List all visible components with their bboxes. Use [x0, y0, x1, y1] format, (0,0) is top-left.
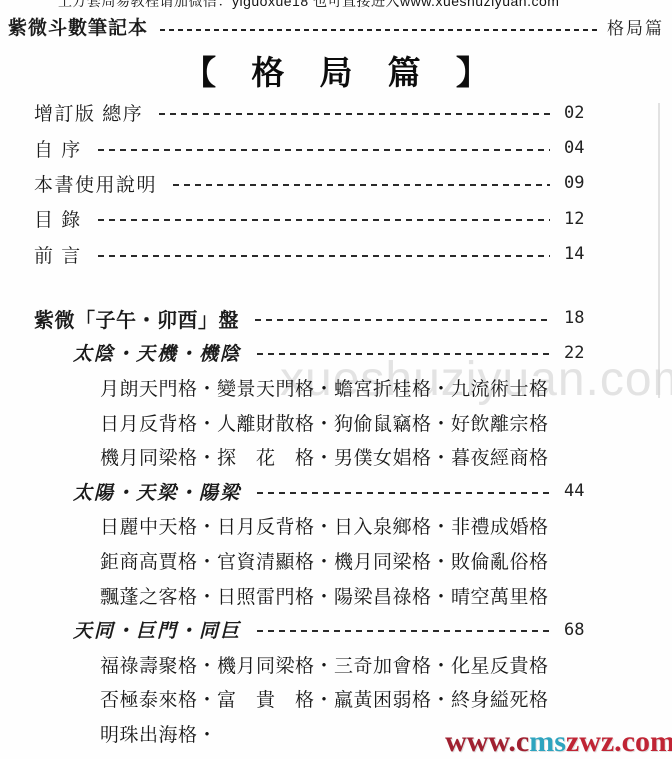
toc-entry-label: 前 言 [34, 241, 82, 268]
toc-section-title: 太陰・天機・機陰 [73, 339, 241, 366]
dash-leader [98, 219, 550, 221]
toc-item-text: 否極泰來格・富 貴 格・羸黃困弱格・終身縊死格 [100, 685, 549, 712]
dash-leader [257, 492, 550, 494]
toc-section-title: 天同・巨門・同巨 [73, 616, 241, 643]
toc-page-number: 12 [564, 209, 592, 229]
toc-page-number: 22 [564, 343, 592, 363]
toc-item-text: 月朗天門格・變景天門格・蟾宮折桂格・九流術士格 [100, 374, 549, 401]
main-toc: 紫微「子午・卯酉」盤 18 太陰・天機・機陰 22 月朗天門格・變景天門格・蟾宮… [34, 301, 592, 751]
page-edge-line [658, 103, 660, 398]
toc-entry: 本書使用說明 09 [34, 166, 592, 201]
running-header: 紫微斗數筆記本 格局篇 [8, 13, 664, 40]
toc-item-row: 鉅商高賈格・官資清顯格・機月同梁格・敗倫亂俗格 [34, 543, 592, 578]
toc-item-row: 否極泰來格・富 貴 格・羸黃困弱格・終身縊死格 [34, 682, 592, 717]
toc-entry-label: 本書使用說明 [34, 170, 157, 197]
toc-section-entry: 太陽・天梁・陽梁 44 [34, 474, 592, 509]
book-title: 紫微斗數筆記本 [8, 13, 148, 40]
toc-item-text: 日麗中天格・日月反背格・日入泉鄉格・非禮成婚格 [100, 512, 549, 539]
dash-leader [257, 630, 550, 632]
header-chapter-label: 格局篇 [607, 14, 664, 39]
toc-item-row: 飄蓬之客格・日照雷門格・陽梁昌祿格・晴空萬里格 [34, 578, 592, 613]
toc-page-number: 44 [564, 481, 592, 501]
header-dash-leader [160, 29, 597, 31]
toc-page-number: 02 [564, 103, 592, 123]
toc-page-number: 09 [564, 173, 592, 193]
page-title: 【 格 局 篇 】 [0, 47, 672, 94]
dash-leader [255, 319, 550, 321]
toc-page-number: 14 [564, 244, 592, 264]
toc-section-title: 太陽・天梁・陽梁 [73, 478, 241, 505]
site-watermark-part2: ms [529, 725, 566, 758]
toc-entry-label: 目 錄 [34, 205, 82, 232]
toc-item-text: 鉅商高賈格・官資清顯格・機月同梁格・敗倫亂俗格 [100, 547, 549, 574]
toc-section-entry: 太陰・天機・機陰 22 [34, 336, 592, 371]
toc-entry: 目 錄 12 [34, 201, 592, 236]
dash-leader [98, 255, 550, 257]
dash-leader [98, 149, 550, 151]
toc-item-text: 飄蓬之客格・日照雷門格・陽梁昌祿格・晴空萬里格 [100, 582, 549, 609]
toc-page-number: 18 [564, 308, 592, 328]
site-watermark: www.cmszwz.com [445, 725, 672, 759]
toc-item-text: 明珠出海格・ [100, 720, 217, 747]
front-matter-toc: 增訂版 總序 02 自 序 04 本書使用說明 09 目 錄 12 前 言 14 [34, 95, 592, 272]
toc-chapter-entry: 紫微「子午・卯酉」盤 18 [34, 301, 592, 336]
dash-leader [159, 113, 550, 115]
toc-item-row: 日麗中天格・日月反背格・日入泉鄉格・非禮成婚格 [34, 509, 592, 544]
scanned-book-page: 上万套周易教程请加微信：yiguoxue18 也可直接进入www.xueshuz… [0, 0, 672, 759]
toc-chapter-title: 紫微「子午・卯酉」盤 [34, 304, 239, 333]
toc-item-text: 日月反背格・人離財散格・狗偷鼠竊格・好飲離宗格 [100, 409, 549, 436]
dash-leader [257, 353, 550, 355]
toc-entry-label: 自 序 [34, 135, 82, 162]
toc-section-entry: 天同・巨門・同巨 68 [34, 612, 592, 647]
site-watermark-part1: www.c [445, 725, 529, 758]
site-watermark-part3: zwz.com [566, 725, 672, 758]
toc-page-number: 68 [564, 620, 592, 640]
toc-item-text: 福祿壽聚格・機月同梁格・三奇加會格・化星反貴格 [100, 651, 549, 678]
toc-item-row: 福祿壽聚格・機月同梁格・三奇加會格・化星反貴格 [34, 647, 592, 682]
toc-item-row: 日月反背格・人離財散格・狗偷鼠竊格・好飲離宗格 [34, 405, 592, 440]
toc-item-row: 月朗天門格・變景天門格・蟾宮折桂格・九流術士格 [34, 370, 592, 405]
promo-strip-text: 上万套周易教程请加微信：yiguoxue18 也可直接进入www.xueshuz… [58, 0, 559, 11]
toc-item-row: 機月同梁格・探 花 格・男僕女娼格・暮夜經商格 [34, 439, 592, 474]
toc-entry: 自 序 04 [34, 130, 592, 165]
dash-leader [173, 184, 550, 186]
toc-item-text: 機月同梁格・探 花 格・男僕女娼格・暮夜經商格 [100, 443, 549, 470]
toc-entry-label: 增訂版 總序 [34, 99, 143, 126]
toc-page-number: 04 [564, 138, 592, 158]
toc-entry: 前 言 14 [34, 237, 592, 272]
toc-entry: 增訂版 總序 02 [34, 95, 592, 130]
